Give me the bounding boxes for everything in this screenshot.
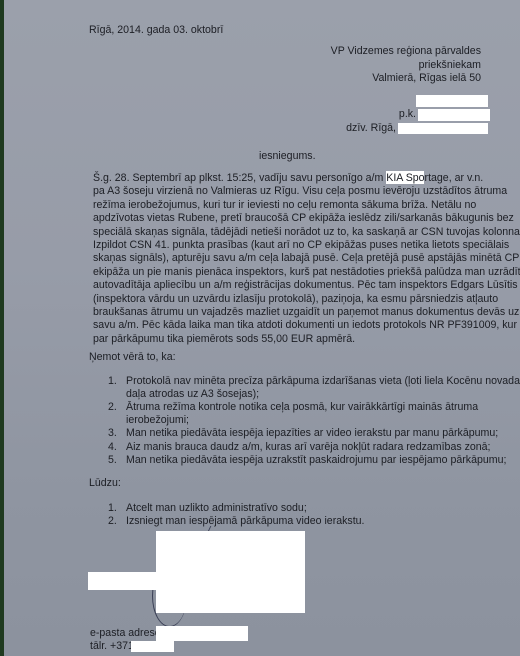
body-line: Š.g. 28. Septembrī ap plkst. 15:25, vadī… (93, 172, 427, 185)
recipient-line-3: Valmierā, Rīgas ielā 50 (372, 72, 481, 85)
request-number: 2. (108, 515, 117, 528)
address-label: dzīv. Rīgā, (346, 122, 396, 135)
reason-number: 1. (108, 375, 117, 388)
body-line: pa A3 šoseju virzienā no Valmieras uz Rī… (93, 185, 427, 198)
reason-text: Man netika piedāvāta iespēja uzrakstīt p… (126, 454, 506, 467)
reason-number: 3. (108, 427, 117, 440)
redacted-address (398, 123, 488, 134)
reason-number: 5. (108, 454, 117, 467)
request-label: Lūdzu: (89, 477, 121, 490)
reason-number: 4. (108, 441, 117, 454)
body-paragraph: Š.g. 28. Septembrī ap plkst. 15:25, vadī… (93, 172, 427, 346)
personal-code-label: p.k. (399, 108, 416, 121)
body-line: apdzīvotas vietas Rubene, pretī braucošā… (93, 212, 427, 225)
body-line: režīma ierobežojumus, kuri tur ir ievies… (93, 199, 427, 212)
request-text: Izsniegt man iespējamā pārkāpuma video i… (126, 515, 364, 528)
reason-text: ierobežojumi; (126, 414, 189, 427)
body-line: skaņas signāls), apturēju savu a/m ceļa … (93, 252, 427, 265)
request-text: Atcelt man uzlikto administratīvo sodu; (126, 502, 307, 515)
redacted-signer-name (88, 572, 158, 590)
body-line: Izpildot CSN 41. punkta prasības (kaut a… (93, 239, 427, 252)
body-line: (inspektora vārdu un uzvārdu izlasīju pr… (93, 293, 427, 306)
body-line: braukšanas ātrumu un vajadzēs mazliet uz… (93, 306, 427, 319)
recipient-line-2: priekšniekam (419, 59, 481, 72)
reason-text: daļa atrodas uz A3 šosejas); (126, 388, 259, 401)
body-line: autovadītāja apliecību un a/m reģistrāci… (93, 279, 427, 292)
document-page: Rīgā, 2014. gada 03. oktobrī VP Vidzemes… (4, 0, 520, 656)
document-title: iesniegums. (259, 150, 316, 163)
reason-text: Man netika piedāvāta iespēja iepazīties … (126, 427, 498, 440)
body-line: savu a/m. Pēc kāda laika man tika atdoti… (93, 319, 427, 332)
body-line: ekipāža un pie manis pienāca inspektors,… (93, 266, 427, 279)
body-line: speciālā skaņas signāla, tādējādi netieš… (93, 226, 427, 239)
redacted-phone (131, 641, 174, 652)
phone-label: tālr. +371 (90, 640, 134, 653)
redacted-signature (156, 531, 305, 613)
reason-text: Ātruma režīma kontrole notika ceļa posmā… (126, 401, 478, 414)
body-line: par pārkāpumu tika piemērots sods 55,00 … (93, 333, 427, 346)
request-number: 1. (108, 502, 117, 515)
date-line: Rīgā, 2014. gada 03. oktobrī (89, 24, 223, 37)
reason-number: 2. (108, 401, 117, 414)
redacted-personal-code (418, 109, 490, 121)
recipient-line-1: VP Vidzemes reģiona pārvaldes (331, 45, 481, 58)
redacted-name (416, 95, 488, 107)
reason-text: Protokolā nav minēta precīza pārkāpuma i… (126, 375, 520, 388)
redacted-email (156, 626, 248, 641)
considering-label: Ņemot vērā to, ka: (89, 351, 176, 364)
reason-text: Aiz manis brauca daudz a/m, kuras arī va… (126, 441, 491, 454)
email-label: e-pasta adrese: (90, 627, 164, 640)
